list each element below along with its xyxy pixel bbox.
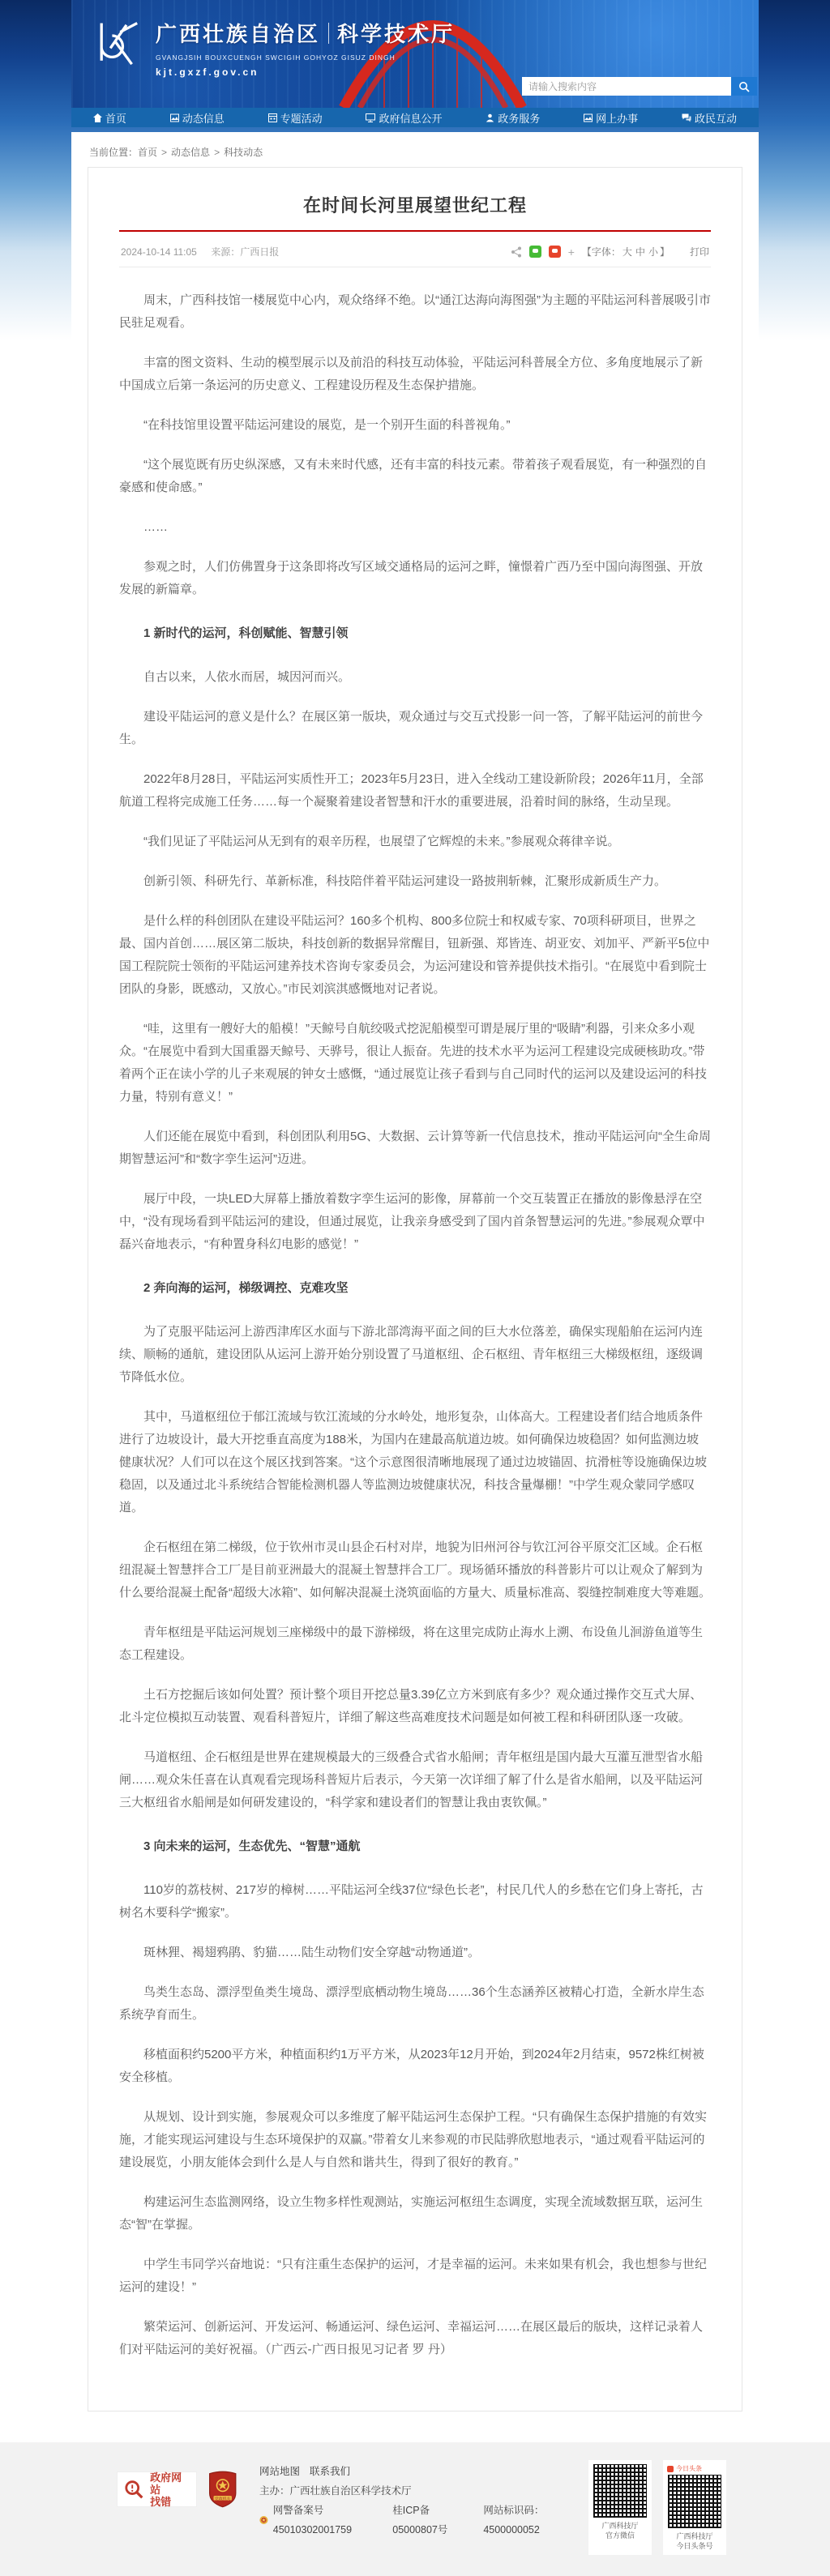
footer-host: 主办：广西壮族自治区科学技术厅 [259, 2481, 588, 2501]
print-button[interactable]: 打印 [690, 245, 709, 258]
article-paragraph: 自古以来，人依水而居，城因河而兴。 [119, 666, 711, 689]
article-paragraph: 移植面积约5200平方米，种植面积约1万平方米，从2023年12月开始，到202… [119, 2044, 711, 2089]
breadcrumb-separator: > [214, 147, 220, 158]
home-icon [93, 113, 102, 122]
font-size-2[interactable]: 中 [635, 246, 645, 258]
nav-item-6[interactable]: 网上办事 [584, 110, 638, 126]
content-area: 当前位置：首页>动态信息>科技动态 在时间长河里展望世纪工程 2024-10-1… [71, 132, 759, 2439]
error-magnifier-icon [124, 2479, 143, 2500]
article-paragraph: 2022年8月28日，平陆运河实质性开工；2023年5月23日，进入全线动工建设… [119, 768, 711, 814]
article-paragraph: 周末，广西科技馆一楼展览中心内，观众络绎不绝。以“通江达海向海图强”为主题的平陆… [119, 289, 711, 335]
nav-item-label: 首页 [105, 110, 126, 126]
article-paragraph: 110岁的荔枝树、217岁的樟树……平陆运河全线37位“绿色长老”，村民几代人的… [119, 1879, 711, 1925]
article-paragraph: 创新引领、科研先行、革新标准，科技陪伴着平陆运河建设一路披荆斩棘，汇聚形成新质生… [119, 870, 711, 893]
article-paragraph: 斑林狸、褐翅鸦鹃、豹猫……陆生动物们安全穿越“动物通道”。 [119, 1942, 711, 1964]
article-paragraph: 为了克服平陆运河上游西津库区水面与下游北部湾海平面之间的巨大水位落差，确保实现船… [119, 1321, 711, 1389]
topics-icon [268, 113, 277, 122]
wechat-qr-code [593, 2464, 647, 2518]
article-paragraph: 建设平陆运河的意义是什么？在展区第一版块，观众通过与交互式投影一问一答，了解平陆… [119, 706, 711, 751]
toutiao-qr-caption: 广西科技厅 今日头条号 [667, 2531, 722, 2551]
toutiao-icon [667, 2466, 674, 2472]
section-heading: 2 奔向海的运河，梯级调控、克难攻坚 [119, 1277, 711, 1300]
article-paragraph: 土石方挖掘后该如何处置？预计整个项目开挖总量3.39亿立方米到底有多少？观众通过… [119, 1684, 711, 1729]
article-paragraph: 青年枢纽是平陆运河规划三座梯级中的最下游梯级，将在这里完成防止海水上溯、布设鱼儿… [119, 1621, 711, 1667]
article-paragraph: 构建运河生态监测网络，设立生物多样性观测站，实施运河枢纽生态调度，实现全流域数据… [119, 2191, 711, 2236]
kjt-logo-icon [91, 18, 144, 71]
more-share-icon[interactable]: + [568, 246, 575, 258]
article-paragraph: 鸟类生态岛、漂浮型鱼类生境岛、漂浮型底栖动物生境岛……36个生态涵养区被精心打造… [119, 1981, 711, 2027]
article-card: 在时间长河里展望世纪工程 2024-10-14 11:05 来源：广西日报 [88, 167, 742, 2412]
site-url: kjt.gxzf.gov.cn [156, 66, 455, 78]
article-paragraph: 企石枢纽在第二梯级，位于钦州市灵山县企石村对岸，地貌为旧州河谷与钦江河谷平原交汇… [119, 1536, 711, 1604]
nav-item-3[interactable]: 专题活动 [268, 110, 323, 126]
breadcrumb-link-3[interactable]: 科技动态 [224, 147, 263, 158]
article-paragraph: “哇，这里有一艘好大的船模！”天鲸号自航绞吸式挖泥船模型可谓是展厅里的“吸睛”利… [119, 1018, 711, 1109]
article-paragraph: “我们见证了平陆运河从无到有的艰辛历程，也展望了它辉煌的未来。”参展观众蒋律辛说… [119, 831, 711, 853]
nav-item-label: 政府信息公开 [379, 110, 442, 126]
article-paragraph: “这个展览既有历史纵深感，又有未来时代感，还有丰富的科技元素。带着孩子观看展览，… [119, 454, 711, 499]
main-nav: 首页动态信息专题活动政府信息公开政务服务网上办事政民互动 [71, 108, 759, 127]
department-name: 科学技术厅 [337, 18, 455, 48]
disclosure-icon [366, 113, 375, 122]
police-record-no: 网警备案号45010302001759 [273, 2501, 374, 2540]
police-badge-icon [259, 2514, 268, 2526]
search-input[interactable] [522, 77, 731, 96]
article-paragraph: 其中，马道枢纽位于郁江流域与钦江流域的分水岭处，地形复杂，山体高大。工程建设者们… [119, 1406, 711, 1519]
icp-no: 桂ICP备05000807号 [392, 2501, 464, 2540]
nav-item-5[interactable]: 政务服务 [486, 110, 540, 126]
article-meta: 2024-10-14 11:05 来源：广西日报 + 【字体：大中小】 [119, 241, 711, 267]
article-paragraph: 丰富的图文资料、生动的模型展示以及前沿的科技互动体验，平陆运河科普展全方位、多角… [119, 352, 711, 397]
agency-name-zhuang: GVANGJSIH BOUXCUENGH SWCIGIH GOHYOZ GISU… [156, 53, 455, 62]
toutiao-tag: 今日头条 [667, 2464, 722, 2473]
page-title: 在时间长河里展望世纪工程 [119, 189, 711, 230]
footer-link-1[interactable]: 网站地图 [259, 2466, 300, 2477]
section-heading: 3 向未来的运河，生态优先、“智慧”通航 [119, 1835, 711, 1858]
wechat-share-icon[interactable] [529, 246, 541, 258]
footer-link-2[interactable]: 联系我们 [310, 2466, 350, 2477]
article-paragraph: 参观之时，人们仿佛置身于这条即将改写区域交通格局的运河之畔，憧憬着广西乃至中国向… [119, 556, 711, 601]
site-brand: 广西壮族自治区 科学技术厅 GVANGJSIH BOUXCUENGH SWCIG… [91, 18, 455, 78]
nav-item-label: 政务服务 [498, 110, 540, 126]
brand-divider [328, 23, 329, 44]
news-icon [170, 113, 179, 122]
nav-item-label: 网上办事 [596, 110, 638, 126]
weibo-share-icon[interactable] [549, 246, 561, 258]
service-icon [486, 113, 494, 122]
share-icon[interactable] [511, 246, 522, 258]
article-paragraph: “在科技馆里设置平陆运河建设的展览，是一个别开生面的科普视角。” [119, 414, 711, 437]
nav-item-2[interactable]: 动态信息 [170, 110, 225, 126]
article-paragraph: 繁荣运河、创新运河、开发运河、畅通运河、绿色运河、幸福运河……在展区最后的版块，… [119, 2316, 711, 2361]
article-paragraph: 中学生韦同学兴奋地说：“只有注重生态保护的运河，才是幸福的运河。未来如果有机会，… [119, 2253, 711, 2299]
article-paragraph: …… [119, 516, 711, 539]
search-button[interactable] [731, 77, 757, 96]
nav-item-1[interactable]: 首页 [93, 110, 126, 126]
breadcrumb-separator: > [161, 147, 167, 158]
site-search [522, 77, 757, 96]
font-label: 【字体： [582, 246, 621, 258]
breadcrumb-link-2[interactable]: 动态信息 [171, 147, 210, 158]
article-paragraph: 马道枢纽、企石枢纽是世界在建规模最大的三级叠合式省水船闸；青年枢纽是国内最大互灌… [119, 1746, 711, 1814]
toutiao-qr-block: 今日头条 广西科技厅 今日头条号 [663, 2460, 726, 2555]
article-body: 周末，广西科技馆一楼展览中心内，观众络绎不绝。以“通江达海向海图强”为主题的平陆… [119, 267, 711, 2361]
breadcrumb-label: 当前位置： [89, 147, 138, 158]
article-paragraph: 展厅中段，一块LED大屏幕上播放着数字孪生运河的影像，屏幕前一个交互装置正在播放… [119, 1188, 711, 1256]
article-paragraph: 是什么样的科创团队在建设平陆运河？160多个机构、800多位院士和权威专家、70… [119, 910, 711, 1001]
font-size-1[interactable]: 大 [622, 246, 632, 258]
wechat-qr-caption: 广西科技厅 官方微信 [593, 2521, 648, 2540]
wechat-qr-block: 广西科技厅 官方微信 [588, 2460, 652, 2555]
err-badge-line2: 找错 [150, 2496, 189, 2508]
party-gov-emblem: 党政机关 [208, 2467, 237, 2512]
font-size-control: 【字体：大中小】 [582, 245, 670, 258]
footer-links: 网站地图联系我们 [259, 2462, 588, 2481]
article-paragraph: 从规划、设计到实施，参展观众可以多维度了解平陆运河生态保护工程。“只有确保生态保… [119, 2106, 711, 2174]
breadcrumb-link-1[interactable]: 首页 [138, 147, 157, 158]
nav-item-label: 政民互动 [695, 110, 737, 126]
article-source: 来源：广西日报 [211, 246, 279, 258]
nav-item-label: 专题活动 [280, 110, 323, 126]
interact-icon [682, 113, 691, 122]
breadcrumb: 当前位置：首页>动态信息>科技动态 [88, 142, 742, 167]
nav-item-label: 动态信息 [182, 110, 225, 126]
title-rule [119, 230, 711, 232]
search-icon [738, 81, 750, 92]
publish-date: 2024-10-14 11:05 [121, 246, 197, 258]
site-banner: 广西壮族自治区 科学技术厅 GVANGJSIH BOUXCUENGH SWCIG… [71, 0, 759, 108]
nav-item-7[interactable]: 政民互动 [682, 110, 737, 126]
site-code: 网站标识码：4500000052 [483, 2501, 574, 2540]
online-icon [584, 113, 593, 122]
gov-site-error-report-badge[interactable]: 政府网站 找错 [117, 2471, 197, 2507]
section-heading: 1 新时代的运河，科创赋能、智慧引领 [119, 622, 711, 645]
page-footer: 政府网站 找错 党政机关 网站地图联系我们 主办：广西壮族自治区科学技术厅 网警… [0, 2442, 830, 2576]
toutiao-qr-code [668, 2475, 721, 2528]
font-size-3[interactable]: 小 [648, 246, 658, 258]
nav-item-4[interactable]: 政府信息公开 [366, 110, 442, 126]
article-paragraph: 人们还能在展览中看到，科创团队利用5G、大数据、云计算等新一代信息技术，推动平陆… [119, 1126, 711, 1171]
font-label-close: 】 [660, 246, 670, 258]
err-badge-line1: 政府网站 [150, 2471, 189, 2496]
agency-name: 广西壮族自治区 [156, 18, 320, 48]
